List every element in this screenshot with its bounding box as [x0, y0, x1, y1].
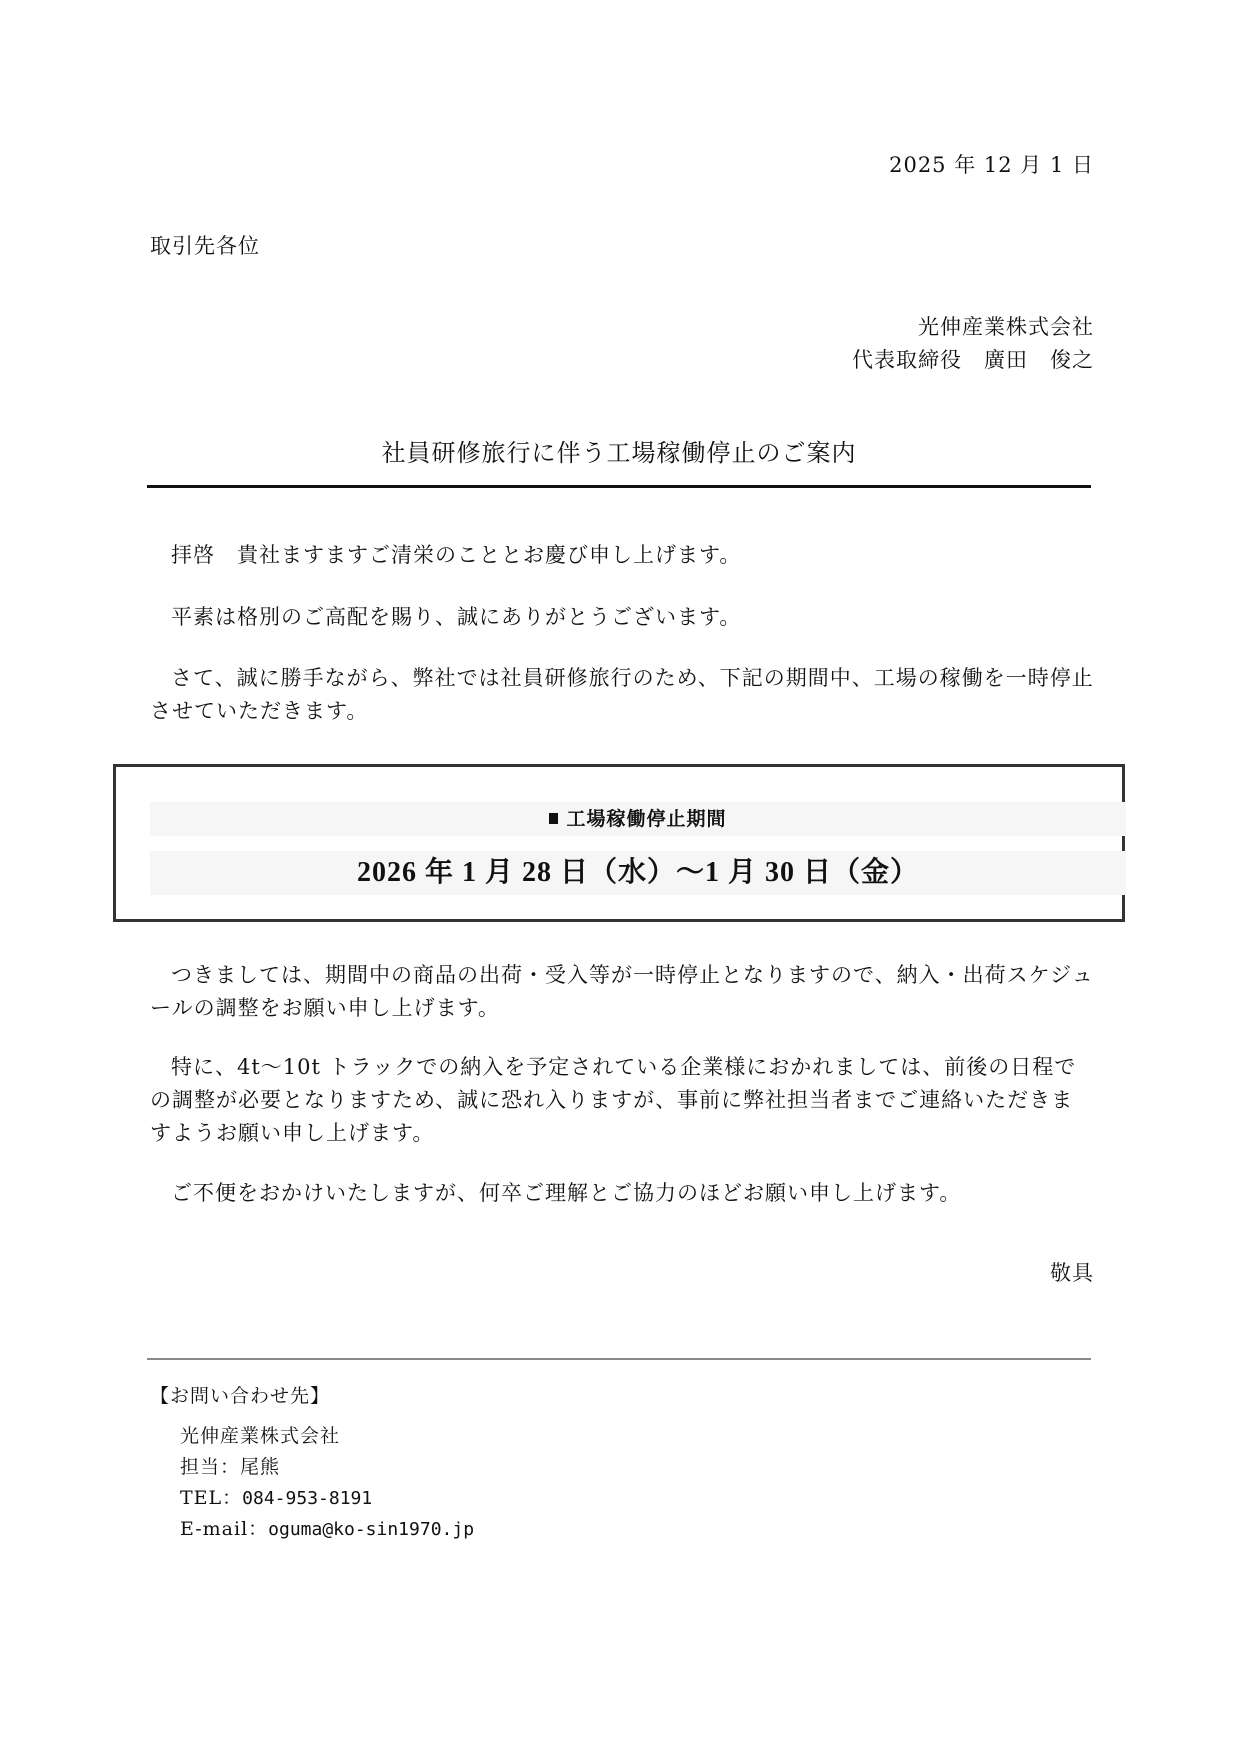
contact-tel: TEL：084-953-8191	[180, 1483, 474, 1514]
sender-representative: 代表取締役 廣田 俊之	[852, 344, 1094, 377]
contact-divider	[147, 1358, 1091, 1360]
contact-block: 光伸産業株式会社 担当：尾熊 TEL：084-953-8191 E-mail：o…	[180, 1421, 474, 1545]
page-title: 社員研修旅行に伴う工場稼働停止のご案内	[147, 436, 1091, 470]
truck-paragraph: 特に、4t〜10t トラックでの納入を予定されている企業様におかれましては、前後…	[150, 1051, 1094, 1150]
announcement-paragraph: さて、誠に勝手ながら、弊社では社員研修旅行のため、下記の期間中、工場の稼働を一時…	[150, 662, 1094, 728]
period-date-band: 2026 年 1 月 28 日（水）〜1 月 30 日（金）	[150, 851, 1126, 895]
contact-person: 担当：尾熊	[180, 1452, 474, 1483]
shipping-paragraph: つきましては、期間中の商品の出荷・受入等が一時停止となりますので、納入・出荷スケ…	[150, 959, 1094, 1025]
contact-email: E-mail：oguma@ko-sin1970.jp	[180, 1514, 474, 1545]
contact-company: 光伸産業株式会社	[180, 1421, 474, 1452]
truck-text: 特に、4t〜10t トラックでの納入を予定されている企業様におかれましては、前後…	[150, 1051, 1094, 1150]
greeting-paragraph: 拝啓 貴社ますますご清栄のこととお慶び申し上げます。	[150, 539, 1094, 572]
apology-paragraph: ご不便をおかけいたしますが、何卒ご理解とご協力のほどお願い申し上げます。	[150, 1177, 1094, 1210]
closing: 敬具	[1050, 1258, 1094, 1288]
sender-block: 光伸産業株式会社 代表取締役 廣田 俊之	[852, 311, 1094, 377]
greeting-text: 拝啓 貴社ますますご清栄のこととお慶び申し上げます。	[150, 539, 1094, 572]
tel-number: 084-953-8191	[242, 1488, 372, 1509]
document-date: 2025 年 12 月 1 日	[889, 150, 1094, 180]
email-label: E-mail：	[180, 1518, 268, 1540]
recipient: 取引先各位	[150, 231, 260, 261]
period-label-band: 工場稼働停止期間	[150, 802, 1126, 836]
email-address[interactable]: oguma@ko-sin1970.jp	[268, 1519, 474, 1540]
period-dates: 2026 年 1 月 28 日（水）〜1 月 30 日（金）	[357, 857, 919, 888]
shipping-text: つきましては、期間中の商品の出荷・受入等が一時停止となりますので、納入・出荷スケ…	[150, 959, 1094, 1025]
period-label: 工場稼働停止期間	[566, 808, 726, 830]
thanks-paragraph: 平素は格別のご高配を賜り、誠にありがとうございます。	[150, 601, 1094, 634]
contact-heading: 【お問い合わせ先】	[150, 1381, 330, 1411]
tel-label: TEL：	[180, 1487, 242, 1509]
announcement-text: さて、誠に勝手ながら、弊社では社員研修旅行のため、下記の期間中、工場の稼働を一時…	[150, 662, 1094, 728]
shutdown-period-box: 工場稼働停止期間 2026 年 1 月 28 日（水）〜1 月 30 日（金）	[113, 764, 1125, 922]
title-divider	[147, 485, 1091, 488]
apology-text: ご不便をおかけいたしますが、何卒ご理解とご協力のほどお願い申し上げます。	[150, 1177, 1094, 1210]
thanks-text: 平素は格別のご高配を賜り、誠にありがとうございます。	[150, 601, 1094, 634]
sender-company: 光伸産業株式会社	[852, 311, 1094, 344]
square-bullet-icon	[549, 813, 558, 824]
